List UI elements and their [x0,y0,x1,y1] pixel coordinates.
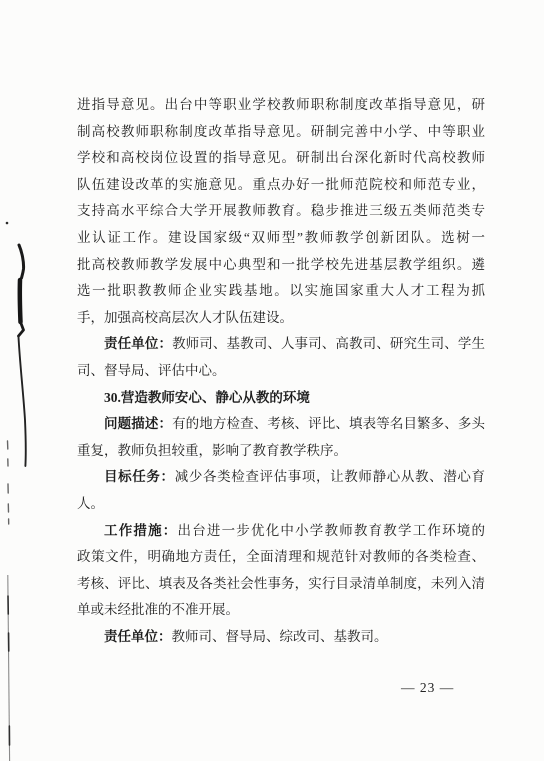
line-text: 支持高水平综合大学开展教师教育。稳步推进三级五类师范类专 [77,203,485,218]
scan-crease-thick [20,280,21,322]
text-line-responsible-unit: 责任单位：教师司、督导局、综改司、基教司。 [77,624,485,651]
line-text: 制高校教师职称制度改革指导意见。研制完善中小学、中等职业 [77,124,485,139]
line-label: 目标任务： [104,469,175,484]
line-label: 责任单位： [104,336,172,351]
text-line: 手，加强高校高层次人才队伍建设。 [77,305,485,332]
line-text: 出台进一步优化中小学教师教育教学工作环境的 [178,523,486,538]
line-text: 考核、评比、填表及各类社会性事务，实行目录清单制度，未列入清 [77,576,485,591]
line-label: 30.营造教师安心、静心从教的环境 [104,390,310,405]
line-text: 手，加强高校高层次人才队伍建设。 [77,310,293,325]
section-heading: 30.营造教师安心、静心从教的环境 [77,385,485,412]
line-text: 选一批职教教师企业实践基地。以实施国家重大人才工程为抓 [77,283,485,298]
text-line-responsible-unit: 责任单位：教师司、基教司、人事司、高教司、研究生司、学生 [77,331,485,358]
line-text: 队伍建设改革的实施意见。重点办好一批师范院校和师范专业， [77,177,485,192]
line-text: 人。 [77,496,104,511]
line-text: 进指导意见。出台中等职业学校教师职称制度改革指导意见，研 [77,97,485,112]
text-line: 业认证工作。建设国家级“双师型”教师教学创新团队。选树一 [77,225,485,252]
line-text: 业认证工作。建设国家级“双师型”教师教学创新团队。选树一 [77,230,485,245]
scan-crease-lower [19,337,26,466]
text-line: 制高校教师职称制度改革指导意见。研制完善中小学、中等职业 [77,119,485,146]
scan-crease-upper [19,245,24,278]
text-line: 人。 [77,491,485,518]
text-line: 司、督导局、评估中心。 [77,358,485,385]
line-text: 单或未经批准的不准开展。 [77,602,239,617]
scan-dashes [8,441,9,524]
text-line: 支持高水平综合大学开展教师教育。稳步推进三级五类师范类专 [77,198,485,225]
line-text: 学校和高校岗位设置的指导意见。研制出台深化新时代高校教师 [77,150,485,165]
line-text: 教师司、基教司、人事司、高教司、研究生司、学生 [172,336,485,351]
text-line: 学校和高校岗位设置的指导意见。研制出台深化新时代高校教师 [77,145,485,172]
line-text: 有的地方检查、考核、评比、填表等名目繁多、多头 [172,416,485,431]
scanned-document-page: 进指导意见。出台中等职业学校教师职称制度改革指导意见，研 制高校教师职称制度改革… [0,0,544,761]
line-text: 批高校教师教学发展中心典型和一批学校先进基层教学组织。遴 [77,257,485,272]
scan-speck [6,222,9,225]
text-line: 考核、评比、填表及各类社会性事务，实行目录清单制度，未列入清 [77,571,485,598]
text-line-problem-description: 问题描述：有的地方检查、考核、评比、填表等名目繁多、多头 [77,411,485,438]
text-line-target-task: 目标任务：减少各类检查评估事项，让教师静心从教、潜心育 [77,464,485,491]
page-number: — 23 — [401,680,454,696]
line-text: 减少各类检查评估事项，让教师静心从教、潜心育 [175,469,485,484]
line-label: 工作措施： [104,523,178,538]
text-line: 单或未经批准的不准开展。 [77,597,485,624]
line-label: 责任单位： [104,629,172,644]
text-line: 选一批职教教师企业实践基地。以实施国家重大人才工程为抓 [77,278,485,305]
text-line: 重复，教师负担较重，影响了教育教学秩序。 [77,438,485,465]
text-line: 政策文件，明确地方责任，全面清理和规范针对教师的各类检查、 [77,544,485,571]
text-line: 进指导意见。出台中等职业学校教师职称制度改革指导意见，研 [77,92,485,119]
document-body: 进指导意见。出台中等职业学校教师职称制度改革指导意见，研 制高校教师职称制度改革… [77,92,485,650]
text-line-work-measures: 工作措施：出台进一步优化中小学教师教育教学工作环境的 [77,518,485,545]
scan-crease-kink [19,322,24,336]
line-label: 问题描述： [104,416,172,431]
line-text: 司、督导局、评估中心。 [77,363,226,378]
scan-edge-line [8,575,10,761]
scan-artifacts [0,0,40,761]
text-line: 队伍建设改革的实施意见。重点办好一批师范院校和师范专业， [77,172,485,199]
line-text: 政策文件，明确地方责任，全面清理和规范针对教师的各类检查、 [77,549,485,564]
text-line: 批高校教师教学发展中心典型和一批学校先进基层教学组织。遴 [77,252,485,279]
scan-edge-line-dark-segments [8,596,10,745]
line-text: 教师司、督导局、综改司、基教司。 [172,629,388,644]
line-text: 重复，教师负担较重，影响了教育教学秩序。 [77,443,347,458]
